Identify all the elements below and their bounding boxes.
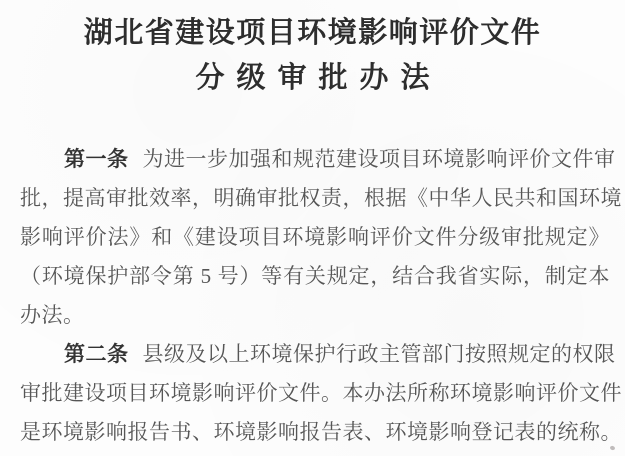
- body-line: （环境保护部令第 5 号）等有关规定，结合我省实际，制定本: [20, 257, 610, 296]
- paragraph-first-line: 第二条县级及以上环境保护行政主管部门按照规定的权限: [20, 335, 610, 374]
- body-line: 审批建设项目环境影响评价文件。本办法所称环境影响评价文件: [20, 374, 610, 413]
- document-title: 湖北省建设项目环境影响评价文件 分级审批办法: [0, 0, 625, 101]
- body-line: 办法。: [20, 296, 610, 335]
- title-line-1: 湖北省建设项目环境影响评价文件: [0, 11, 625, 56]
- document-body: 第一条为进一步加强和规范建设项目环境影响评价文件审 批，提高审批效率，明确审批权…: [0, 140, 625, 452]
- body-line-text: 县级及以上环境保护行政主管部门按照规定的权限: [143, 342, 616, 366]
- title-line-2: 分级审批办法: [0, 56, 625, 101]
- paragraph-article-1: 第一条为进一步加强和规范建设项目环境影响评价文件审 批，提高审批效率，明确审批权…: [20, 140, 610, 335]
- document-page: 湖北省建设项目环境影响评价文件 分级审批办法 第一条为进一步加强和规范建设项目环…: [0, 0, 625, 456]
- body-line: 影响评价法》和《建设项目环境影响评价文件分级审批规定》: [20, 218, 610, 257]
- article-label: 第二条: [64, 342, 129, 366]
- paragraph-first-line: 第一条为进一步加强和规范建设项目环境影响评价文件审: [20, 140, 610, 179]
- body-line: 是环境影响报告书、环境影响报告表、环境影响登记表的统称。: [20, 413, 610, 452]
- body-line-text: 为进一步加强和规范建设项目环境影响评价文件审: [143, 147, 616, 171]
- paragraph-article-2: 第二条县级及以上环境保护行政主管部门按照规定的权限 审批建设项目环境影响评价文件…: [20, 335, 610, 452]
- article-label: 第一条: [64, 147, 129, 171]
- body-line: 批，提高审批效率，明确审批权责，根据《中华人民共和国环境: [20, 179, 610, 218]
